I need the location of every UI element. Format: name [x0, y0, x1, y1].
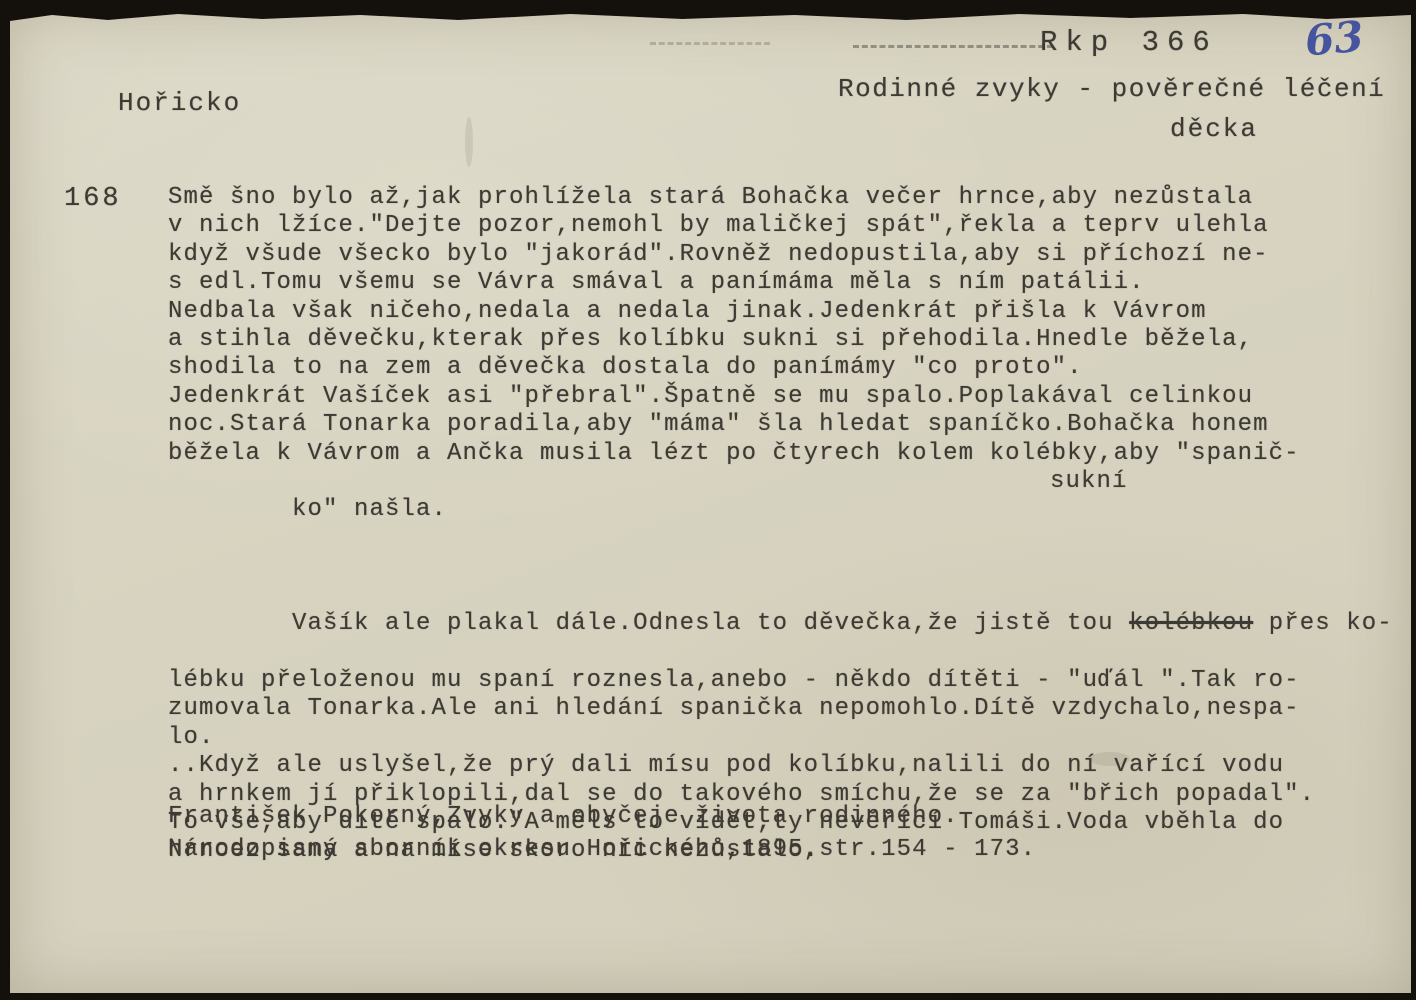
paper-smudge	[465, 117, 473, 167]
pencil-dash-marks	[650, 42, 770, 45]
body-line: lo.	[168, 724, 1398, 752]
body-line: lébku přeloženou mu spaní roznesla,anebo…	[168, 667, 1398, 695]
strike-line-post: přes ko-	[1253, 610, 1393, 637]
body-line: Jedenkrát Vašíček asi "přebral".Špatně s…	[168, 383, 1398, 411]
body-line-text: ko" našla.	[292, 496, 447, 523]
manuscript-reference: Rkp 366	[1040, 26, 1218, 59]
citation-line: František Pokorný,Zvyky a obyčeje života…	[168, 800, 1036, 833]
pencil-dash-marks	[853, 45, 1053, 48]
body-line: ..Když ale uslyšel,že prý dali mísu pod …	[168, 752, 1398, 780]
typed-insertion-word: sukní	[1050, 468, 1128, 496]
body-line: v nich lžíce."Dejte pozor,nemohl by mali…	[168, 212, 1398, 240]
body-line: s edl.Tomu všemu se Vávra smával a paním…	[168, 269, 1398, 297]
handwritten-page-number: 63	[1303, 12, 1366, 66]
struck-word: kolébkou	[1129, 610, 1253, 637]
source-citation: František Pokorný,Zvyky a obyčeje života…	[168, 800, 1036, 866]
body-line: když všude všecko bylo "jakorád".Rovněž …	[168, 241, 1398, 269]
record-number: 168	[64, 184, 122, 214]
citation-line: Národopisný sborník okresu Hořického,189…	[168, 833, 1036, 866]
strike-line-pre: Vašík ale plakal dále.Odnesla to děvečka…	[292, 610, 1129, 637]
document-scan: Hořicko Rkp 366 63 Rodinné zvyky - pověr…	[0, 0, 1416, 1000]
region-label: Hořicko	[118, 88, 241, 118]
document-title-line2: děcka	[1170, 114, 1258, 144]
body-line: Smě šno bylo až,jak prohlížela stará Boh…	[168, 184, 1398, 212]
body-line: noc.Stará Tonarka poradila,aby "máma" šl…	[168, 411, 1398, 439]
body-line: a stihla děvečku,kterak přes kolíbku suk…	[168, 326, 1398, 354]
document-title-line1: Rodinné zvyky - pověrečné léčení	[838, 74, 1385, 104]
body-line: zumovala Tonarka.Ale ani hledání spaničk…	[168, 695, 1398, 723]
body-line: běžela k Vávrom a Ančka musila lézt po č…	[168, 440, 1398, 468]
paper-smudge	[1090, 752, 1130, 766]
paper-card: Hořicko Rkp 366 63 Rodinné zvyky - pověr…	[10, 12, 1411, 993]
body-line: Nedbala však ničeho,nedala a nedala jina…	[168, 298, 1398, 326]
body-line-with-insertion: ko" našla. sukní	[168, 468, 1398, 582]
body-line-with-strikethrough: Vašík ale plakal dále.Odnesla to děvečka…	[168, 582, 1398, 667]
body-text: Smě šno bylo až,jak prohlížela stará Boh…	[168, 184, 1398, 866]
body-line: shodila to na zem a děvečka dostala do p…	[168, 354, 1398, 382]
